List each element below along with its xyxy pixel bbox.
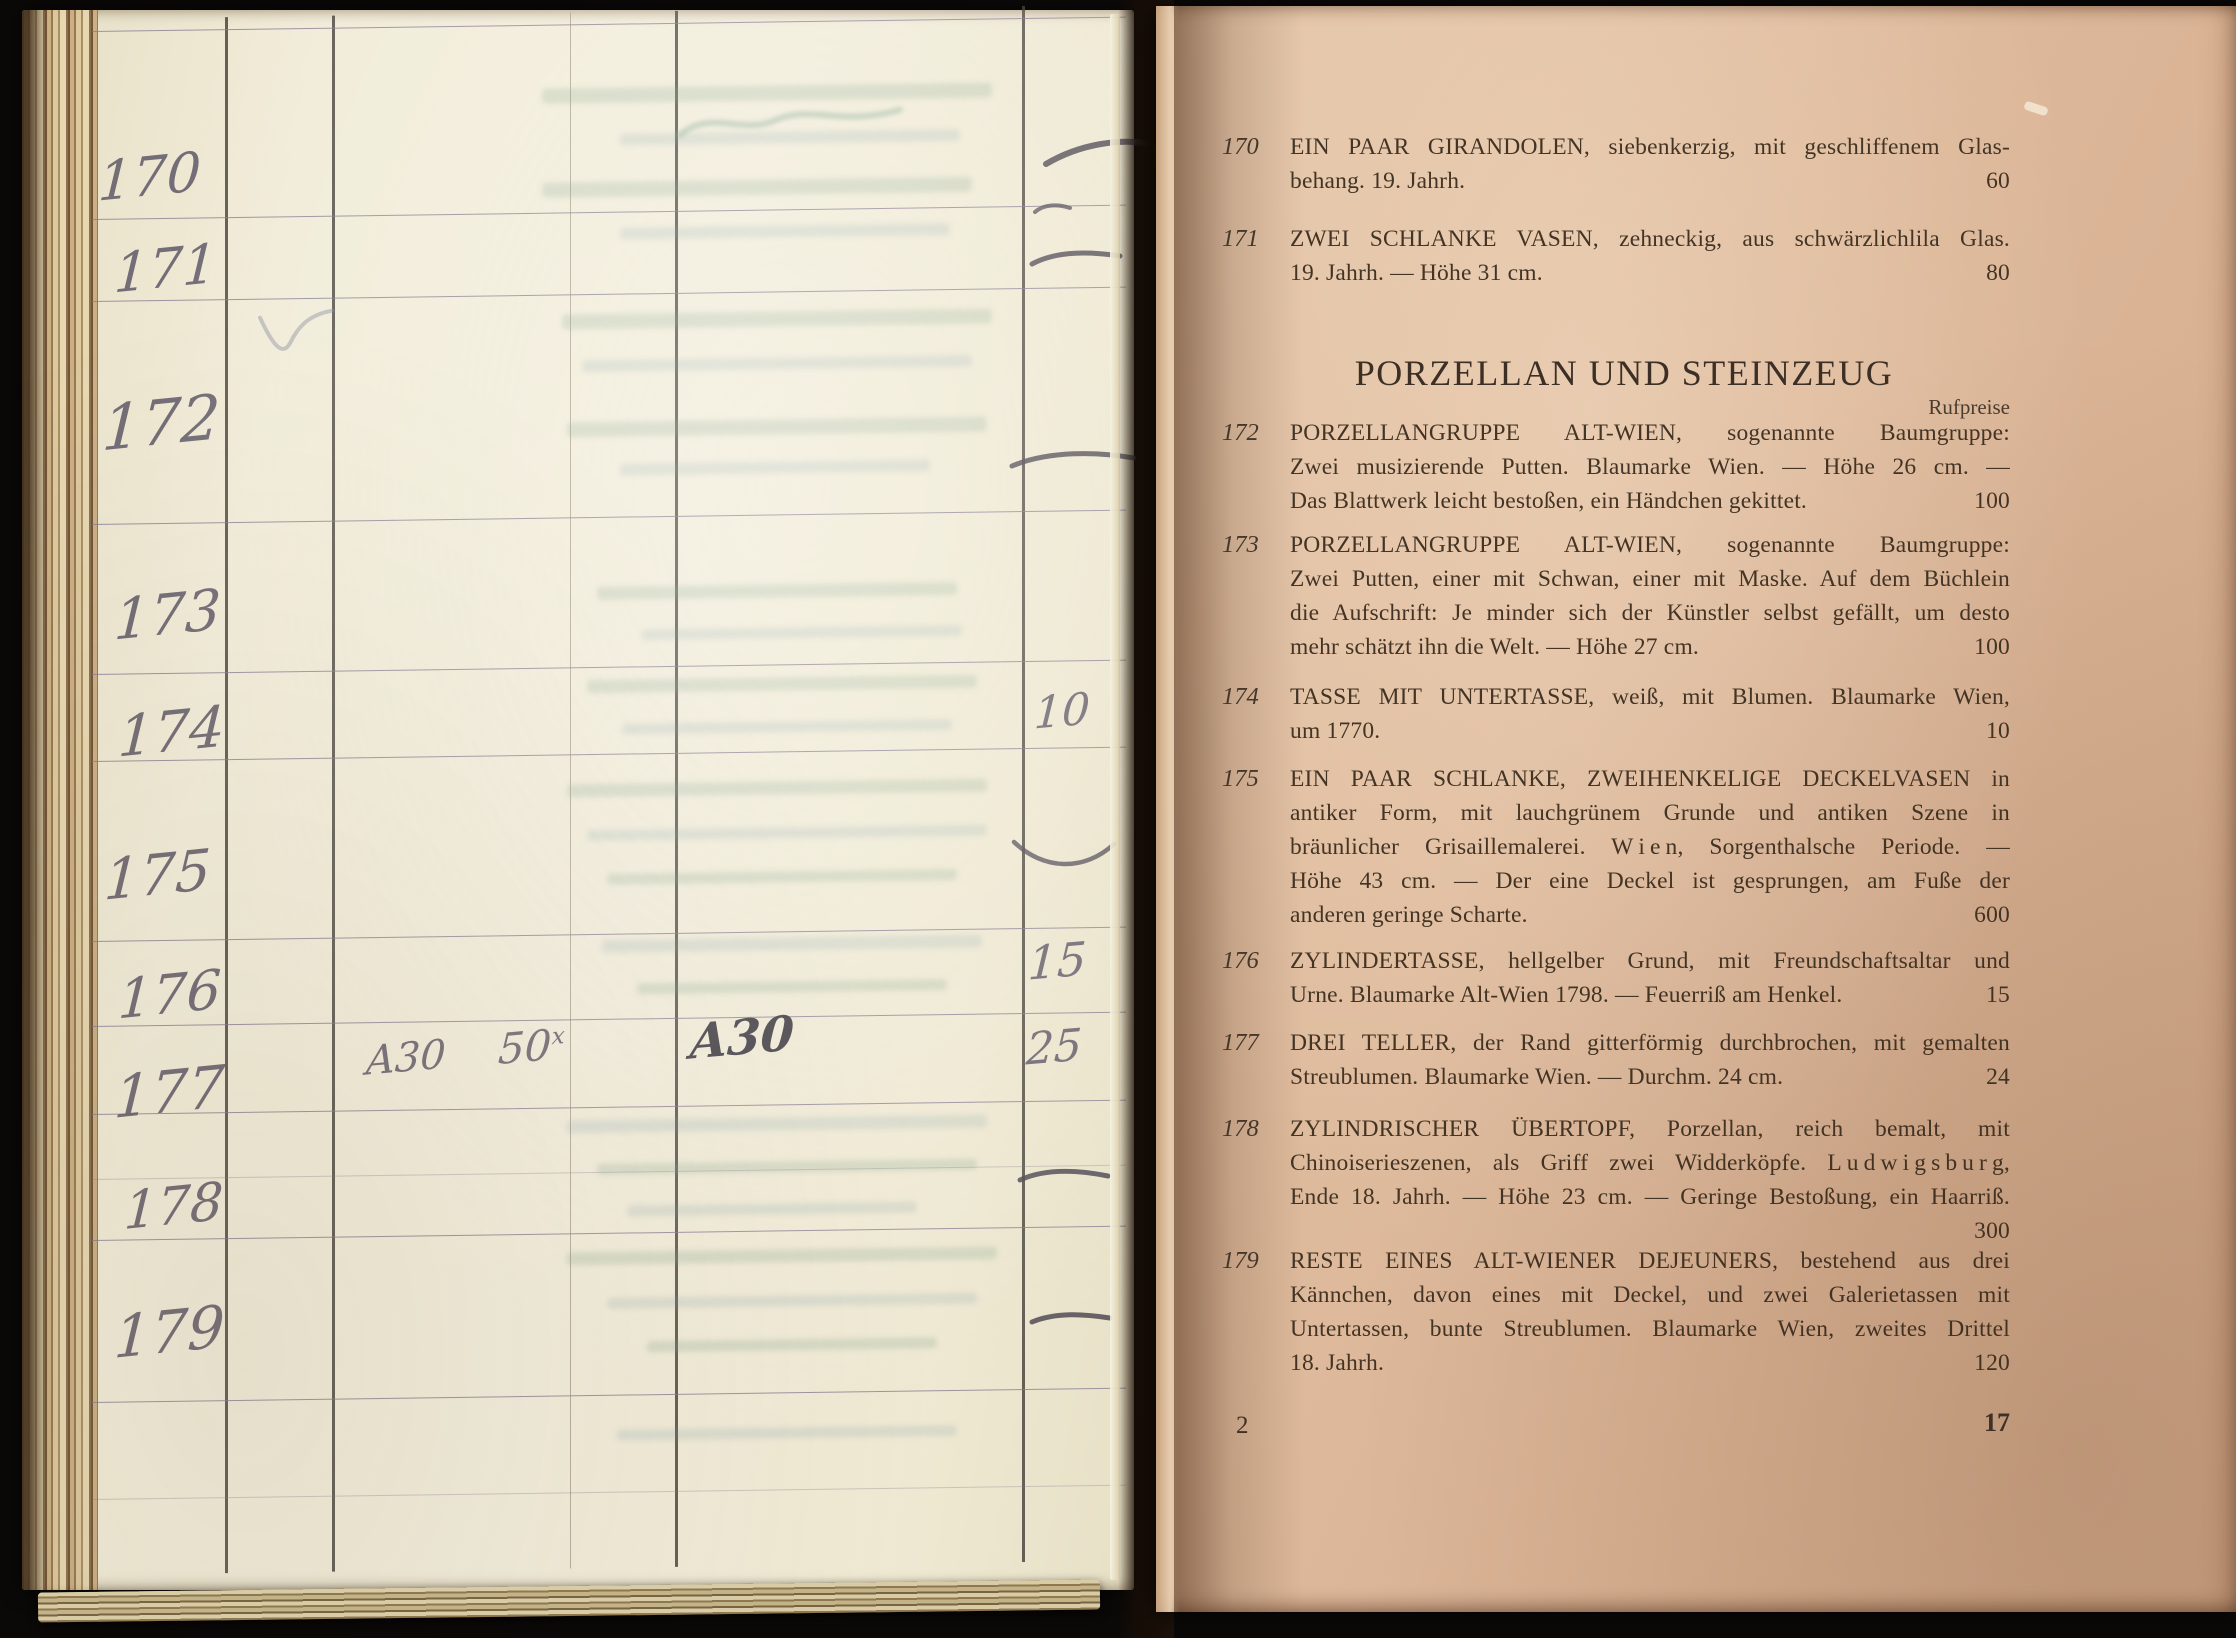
handwritten-lot-number: 177 xyxy=(113,1057,226,1127)
ghost-text-line xyxy=(567,779,987,798)
catalog-entry: 179RESTE EINES ALT-WIENER DEJEUNERS, bes… xyxy=(1222,1244,2012,1380)
ghost-text-line xyxy=(620,459,930,475)
ghost-text-line xyxy=(602,935,982,953)
handwritten-lot-number: 171 xyxy=(113,237,219,302)
entry-text: DREI TELLER, der Rand gitterförmig durch… xyxy=(1290,1026,2010,1094)
entry-line: ZWEI SCHLANKE VASEN, zehneckig, aus schw… xyxy=(1290,222,2010,256)
handwritten-lot-number: 174 xyxy=(117,699,226,766)
ghost-text-line xyxy=(622,719,952,735)
ledger-row-line xyxy=(92,1388,1126,1403)
price: 100 xyxy=(1974,630,2010,664)
entry-line: Zwei Putten, einer mit Schwan, einer mit… xyxy=(1290,562,2010,596)
curve-mark-icon xyxy=(1008,834,1120,876)
price: 15 xyxy=(1986,978,2010,1012)
ghost-text-line xyxy=(567,417,987,438)
handwritten-annotation: 50x xyxy=(497,1023,565,1071)
ghost-handwriting-squiggle xyxy=(672,98,912,151)
tally-mark-icon xyxy=(1028,1306,1116,1330)
entry-text: TASSE MIT UNTERTASSE, weiß, mit Blumen. … xyxy=(1290,680,2010,748)
ghost-text-line xyxy=(567,1246,997,1265)
entry-line: Urne. Blaumarke Alt-Wien 1798. — Feuerri… xyxy=(1290,978,2010,1012)
entry-line: bräunlicher Grisaillemalerei. W i e n, S… xyxy=(1290,830,2010,864)
catalog-entry: 176ZYLINDERTASSE, hellgelber Grund, mit … xyxy=(1222,944,2012,1012)
ghost-text-line xyxy=(562,308,992,329)
price: 100 xyxy=(1974,484,2010,518)
lot-number: 171 xyxy=(1222,222,1259,256)
ledger-row-line xyxy=(92,287,1126,302)
entry-line: mehr schätzt ihn die Welt. — Höhe 27 cm.… xyxy=(1290,630,2010,664)
entry-line: Höhe 43 cm. — Der eine Deckel ist gespru… xyxy=(1290,864,2010,898)
ghost-text-line xyxy=(542,177,972,198)
ghost-text-line xyxy=(607,869,957,885)
handwritten-lot-number: 173 xyxy=(113,582,222,649)
catalog-entry: 175EIN PAAR SCHLANKE, ZWEIHENKELIGE DECK… xyxy=(1222,762,2012,932)
ghost-text-line xyxy=(627,1202,917,1217)
entry-line: Untertassen, bunte Streublumen. Blaumark… xyxy=(1290,1312,2010,1346)
entry-line: die Aufschrift: Je minder sich der Künst… xyxy=(1290,596,2010,630)
catalog-entry: 172PORZELLANGRUPPE ALT-WIEN, sogenannte … xyxy=(1222,416,2012,518)
entry-line: EIN PAAR SCHLANKE, ZWEIHENKELIGE DECKELV… xyxy=(1290,762,2010,796)
ghost-text-line xyxy=(642,625,962,640)
ghost-text-line xyxy=(620,223,950,240)
entry-line: Streublumen. Blaumarke Wien. — Durchm. 2… xyxy=(1290,1060,2010,1094)
entry-line: ZYLINDERTASSE, hellgelber Grund, mit Fre… xyxy=(1290,944,2010,978)
ghost-text-line xyxy=(637,979,947,994)
scanned-book-spread: 170171172173174175176177178179 xyxy=(0,0,2236,1638)
lot-number: 172 xyxy=(1222,416,1259,450)
ledger-row-line xyxy=(92,1485,1126,1500)
entry-line: TASSE MIT UNTERTASSE, weiß, mit Blumen. … xyxy=(1290,680,2010,714)
bleed-through-print xyxy=(22,0,1134,10)
entry-line: 19. Jahrh. — Höhe 31 cm.80 xyxy=(1290,256,2010,290)
page-number-right: 17 xyxy=(1290,1408,2010,1438)
page-number-left: 2 xyxy=(1236,1412,1249,1440)
ghost-text-line xyxy=(587,825,987,842)
lot-number: 173 xyxy=(1222,528,1259,562)
ghost-text-line xyxy=(597,1159,977,1175)
lot-number: 175 xyxy=(1222,762,1259,796)
price: 60 xyxy=(1986,164,2010,198)
ledger-row-line xyxy=(92,510,1126,525)
handwritten-price-note: 15 xyxy=(1027,935,1088,986)
ledger-row-line xyxy=(92,1226,1126,1241)
ledger-row-line xyxy=(92,660,1126,675)
ghost-text-line xyxy=(647,1337,937,1352)
entry-line: ZYLINDRISCHER ÜBERTOPF, Porzellan, reich… xyxy=(1290,1112,2010,1146)
ghost-text-line xyxy=(587,675,977,693)
lot-number: 174 xyxy=(1222,680,1259,714)
ledger-grid: 170171172173174175176177178179 xyxy=(22,0,1134,1590)
catalog-entry: 178ZYLINDRISCHER ÜBERTOPF, Porzellan, re… xyxy=(1222,1112,2012,1248)
entry-line: PORZELLANGRUPPE ALT-WIEN, sogenannte Bau… xyxy=(1290,528,2010,562)
ledger-row-line xyxy=(92,1100,1126,1115)
ledger-row-line xyxy=(92,205,1126,220)
price: 120 xyxy=(1974,1346,2010,1380)
entry-line: EIN PAAR GIRANDOLEN, siebenkerzig, mit g… xyxy=(1290,130,2010,164)
entry-line: DREI TELLER, der Rand gitterförmig durch… xyxy=(1290,1026,2010,1060)
handwritten-lot-number: 179 xyxy=(113,1297,226,1367)
entry-line: Kännchen, davon eines mit Deckel, und zw… xyxy=(1290,1278,2010,1312)
entry-line: RESTE EINES ALT-WIENER DEJEUNERS, besteh… xyxy=(1290,1244,2010,1278)
price: 80 xyxy=(1986,256,2010,290)
entry-line: anderen geringe Scharte.600 xyxy=(1290,898,2010,932)
ledger-column-line xyxy=(1022,6,1025,1562)
lot-number: 176 xyxy=(1222,944,1259,978)
ghost-text-line xyxy=(567,1115,987,1134)
lot-number: 178 xyxy=(1222,1112,1259,1146)
ledger-row-lines xyxy=(22,0,1134,10)
entry-line: PORZELLANGRUPPE ALT-WIEN, sogenannte Bau… xyxy=(1290,416,2010,450)
handwritten-annotation: A30 xyxy=(689,1009,795,1066)
price: 600 xyxy=(1974,898,2010,932)
entry-text: PORZELLANGRUPPE ALT-WIEN, sogenannte Bau… xyxy=(1290,416,2010,518)
catalog-entry: 177DREI TELLER, der Rand gitterförmig du… xyxy=(1222,1026,2012,1094)
entry-line: um 1770.10 xyxy=(1290,714,2010,748)
handwritten-annotation: A30 xyxy=(365,1034,447,1081)
catalog-page: PORZELLAN UND STEINZEUG Rufpreise 170EIN… xyxy=(1156,6,2236,1612)
entry-text: RESTE EINES ALT-WIENER DEJEUNERS, besteh… xyxy=(1290,1244,2010,1380)
price: 24 xyxy=(1986,1060,2010,1094)
entry-line: 18. Jahrh.120 xyxy=(1290,1346,2010,1380)
entry-line: behang. 19. Jahrh.60 xyxy=(1290,164,2010,198)
tally-mark-icon xyxy=(1016,1162,1114,1188)
entry-line: Chinoiserieszenen, als Griff zwei Widder… xyxy=(1290,1146,2010,1180)
lot-number: 170 xyxy=(1222,130,1259,164)
lot-number: 177 xyxy=(1222,1026,1259,1060)
catalog-entry: 174TASSE MIT UNTERTASSE, weiß, mit Blume… xyxy=(1222,680,2012,748)
catalog-entry: 173PORZELLANGRUPPE ALT-WIEN, sogenannte … xyxy=(1222,528,2012,664)
lot-number: 179 xyxy=(1222,1244,1259,1278)
entry-line: Ende 18. Jahrh. — Höhe 23 cm. — Geringe … xyxy=(1290,1180,2010,1214)
printed-text: PORZELLAN UND STEINZEUG Rufpreise 170EIN… xyxy=(1156,6,2236,1612)
entry-text: EIN PAAR SCHLANKE, ZWEIHENKELIGE DECKELV… xyxy=(1290,762,2010,932)
catalog-entry: 170EIN PAAR GIRANDOLEN, siebenkerzig, mi… xyxy=(1222,130,2012,198)
ledger-column-line xyxy=(332,16,335,1572)
handwritten-lot-number: 178 xyxy=(123,1176,225,1239)
price: 300 xyxy=(1974,1214,2010,1248)
catalog-entry: 171ZWEI SCHLANKE VASEN, zehneckig, aus s… xyxy=(1222,222,2012,290)
ghost-text-line xyxy=(582,355,972,372)
entry-text: EIN PAAR GIRANDOLEN, siebenkerzig, mit g… xyxy=(1290,130,2010,198)
handwritten-lot-number: 175 xyxy=(103,842,212,909)
ghost-text-line xyxy=(597,582,957,600)
handwritten-price-note: 10 xyxy=(1033,687,1091,736)
ledger-row-line xyxy=(92,747,1126,762)
handwritten-lot-number: 172 xyxy=(101,386,222,461)
entry-text: ZWEI SCHLANKE VASEN, zehneckig, aus schw… xyxy=(1290,222,2010,290)
section-title: PORZELLAN UND STEINZEUG xyxy=(1264,352,1984,394)
ghost-text-line xyxy=(607,1293,977,1309)
ledger-row-line xyxy=(92,1012,1126,1027)
entry-line: 300 xyxy=(1290,1214,2010,1248)
entry-line: Zwei musizierende Putten. Blaumarke Wien… xyxy=(1290,450,2010,484)
handwritten-lot-numbers: 170171172173174175176177178179 xyxy=(22,0,1134,10)
entry-text: PORZELLANGRUPPE ALT-WIEN, sogenannte Bau… xyxy=(1290,528,2010,664)
ghost-text-line xyxy=(617,1425,957,1441)
tally-mark-icon xyxy=(1032,200,1074,216)
entry-text: ZYLINDERTASSE, hellgelber Grund, mit Fre… xyxy=(1290,944,2010,1012)
check-mark-icon xyxy=(250,301,340,372)
entry-line: Das Blattwerk leicht bestoßen, ein Händc… xyxy=(1290,484,2010,518)
price: 10 xyxy=(1986,714,2010,748)
handwritten-lot-number: 170 xyxy=(97,145,203,210)
handwritten-price-note: 25 xyxy=(1025,1023,1083,1072)
ledger-page: 170171172173174175176177178179 xyxy=(22,10,1134,1590)
entry-line: antiker Form, mit lauchgrünem Grunde und… xyxy=(1290,796,2010,830)
ledger-row-line xyxy=(92,17,1126,32)
entry-text: ZYLINDRISCHER ÜBERTOPF, Porzellan, reich… xyxy=(1290,1112,2010,1248)
handwritten-lot-number: 176 xyxy=(117,962,223,1027)
ledger-column-line xyxy=(225,17,228,1573)
